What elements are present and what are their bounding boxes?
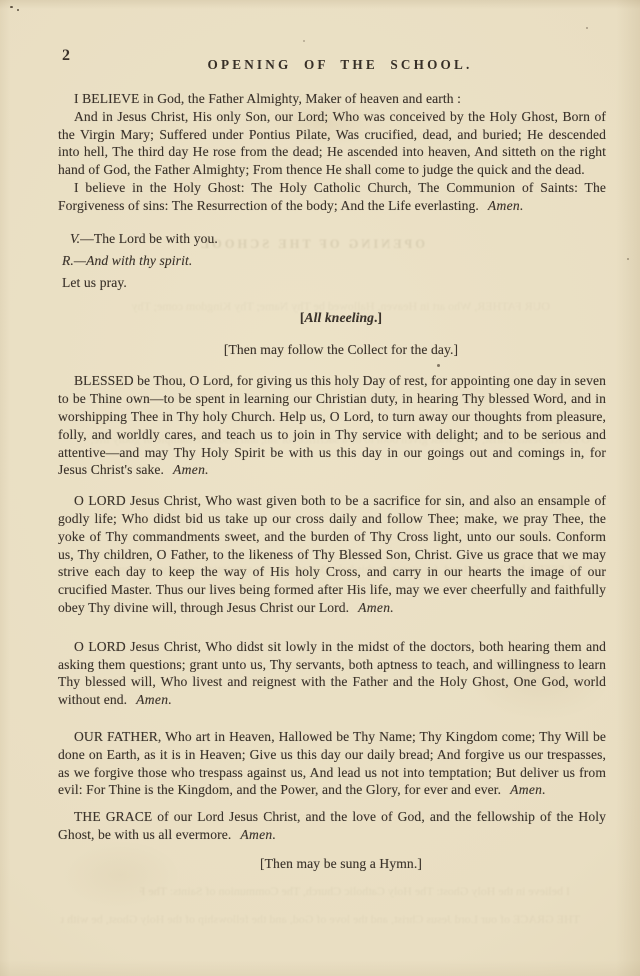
response-text: —And with thy spirit. [74,253,192,268]
prayer-ensample: O LORD Jesus Christ, Who wast given both… [58,492,606,617]
versicle-line: V.—The Lord be with you. [58,228,606,250]
prayer-amen: Amen. [240,827,276,842]
prayer-for-the-day: BLESSED be Thou, O Lord, for giving us t… [58,372,606,479]
rubric-all-kneeling: [All kneeling.] [67,309,615,327]
page-body: I BELIEVE in God, the Father Almighty, M… [58,90,606,873]
creed-amen: Amen. [488,198,524,213]
rubric-kneeling-text: All kneeling [304,310,374,325]
rubric-hymn: [Then may be sung a Hymn.] [67,855,615,873]
paper-speck [17,9,19,11]
creed-article-3: I believe in the Holy Ghost: The Holy Ca… [58,179,606,215]
versicle-label: V. [70,231,80,246]
response-label: R. [62,253,74,268]
prayer-text: O LORD Jesus Christ, Who wast given both… [58,493,606,615]
show-through-line: I believe in the Holy Ghost: The Holy Ca… [140,884,570,899]
rubric-bracket-close: .] [374,310,382,325]
creed-opening: I BELIEVE in God, the Father Almighty, M… [58,90,606,108]
creed-article-2: And in Jesus Christ, His only Son, our L… [58,108,606,179]
lords-prayer: OUR FATHER, Who art in Heaven, Hallowed … [58,728,606,799]
prayer-text: THE GRACE of our Lord Jesus Christ, and … [58,809,606,842]
scanned-book-page: OPENING OF THE SCHOOL OUR FATHER, Who ar… [0,0,640,976]
page-number: 2 [62,47,71,65]
show-through-line: THE GRACE of our Lord Jesus Christ, and … [60,912,580,927]
rubric-collect: [Then may follow the Collect for the day… [67,341,615,359]
paper-speck [627,258,629,260]
paper-speck [10,6,13,8]
paper-speck [586,27,588,29]
prayer-amen: Amen. [358,600,394,615]
prayer-amen: Amen. [510,782,546,797]
versicles-responses: V.—The Lord be with you. R.—And with thy… [58,228,606,295]
prayer-amen: Amen. [173,462,209,477]
prayer-text: BLESSED be Thou, O Lord, for giving us t… [58,373,606,477]
versicle-text: —The Lord be with you. [80,231,218,246]
prayer-teachers-and-scholars: O LORD Jesus Christ, Who didst sit lowly… [58,638,606,709]
response-line: R.—And with thy spirit. [58,250,606,272]
paper-speck [303,40,305,42]
running-header: OPENING OF THE SCHOOL. [208,57,473,73]
prayer-amen: Amen. [136,692,172,707]
call-to-prayer: Let us pray. [58,272,606,294]
the-grace: THE GRACE of our Lord Jesus Christ, and … [58,808,606,844]
